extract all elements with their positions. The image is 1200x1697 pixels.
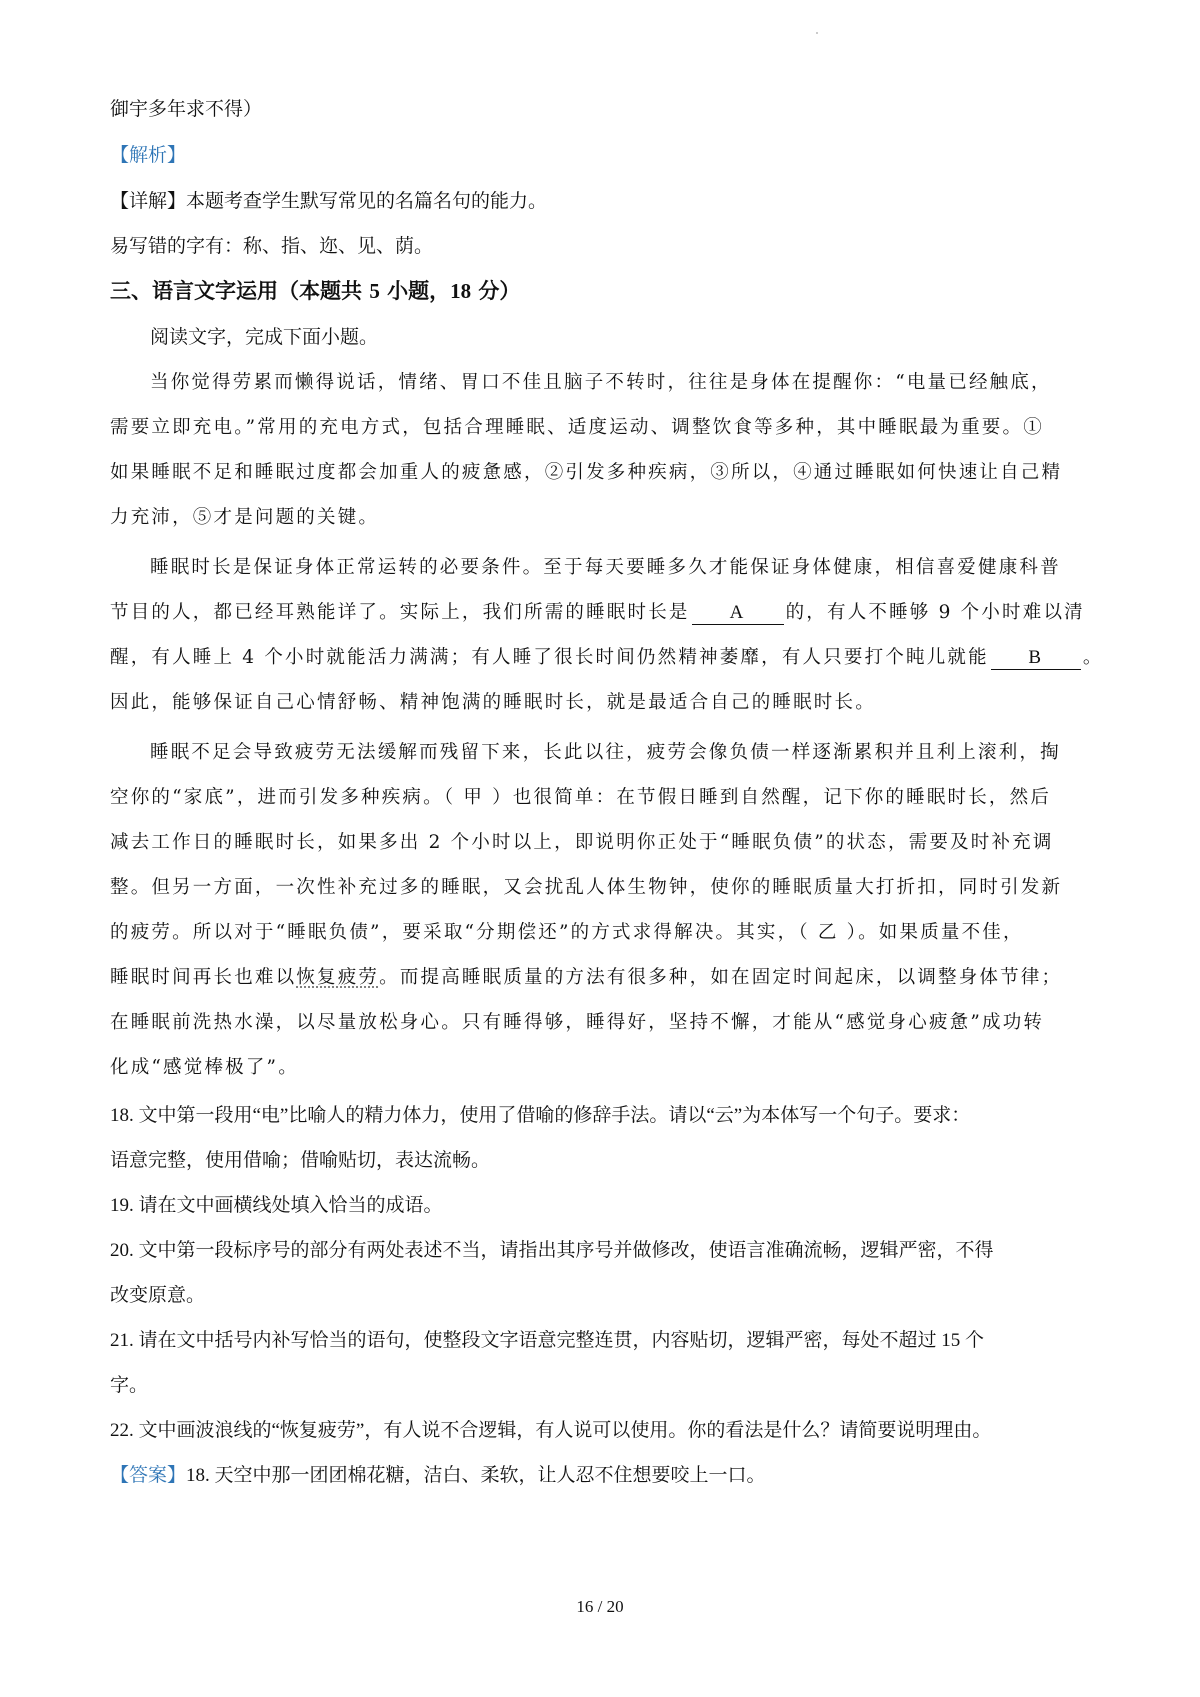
passage-p3-line2: 空你的“家底”，进而引发多种疾病。（ 甲 ）也很简单：在节假日睡到自然醒，记下你… <box>110 785 1051 811</box>
passage-p2-line2: 节目的人，都已经耳熟能详了。实际上，我们所需的睡眠时长是A的，有人不睡够 9 个… <box>110 600 1085 626</box>
passage-p2-line4: 因此，能够保证自己心情舒畅、精神饱满的睡眠时长，就是最适合自己的睡眠时长。 <box>110 690 876 716</box>
question-22: 22. 文中画波浪线的“恢复疲劳”，有人说不合逻辑，有人说可以使用。你的看法是什… <box>110 1418 991 1444</box>
question-18-line1: 18. 文中第一段用“电”比喻人的精力体力，使用了借喻的修辞手法。请以“云”为本… <box>110 1103 970 1129</box>
detail-text: 本题考查学生默写常见的名篇名句的能力。 <box>186 190 547 212</box>
page-number: 16 / 20 <box>0 1597 1200 1617</box>
blank-a: A <box>692 602 784 625</box>
previous-answer-tail: 御宇多年求不得） <box>110 96 262 122</box>
passage-p3-line4: 整。但另一方面，一次性补充过多的睡眠，又会扰乱人体生物钟，使你的睡眠质量大打折扣… <box>110 875 1062 901</box>
passage-p2-line3: 醒，有人睡上 4 个小时就能活力满满；有人睡了很长时间仍然精神萎靡，有人只要打个… <box>110 645 1104 671</box>
passage-p3-line8: 化成“感觉棒极了”。 <box>110 1055 299 1081</box>
passage-p3-line6: 睡眠时间再长也难以恢复疲劳。而提高睡眠质量的方法有很多种，如在固定时间起床，以调… <box>110 965 1062 991</box>
passage-p1-line2: 需要立即充电。”常用的充电方式，包括合理睡眠、适度运动、调整饮食等多种，其中睡眠… <box>110 415 1044 441</box>
passage-p3-line3: 减去工作日的睡眠时长，如果多出 2 个小时以上，即说明你正处于“睡眠负债”的状态… <box>110 830 1054 856</box>
answer-label: 【答案】 <box>110 1465 186 1486</box>
passage-p1-line1: 当你觉得劳累而懒得说话，情绪、胃口不佳且脑子不转时，往往是身体在提醒你：“电量已… <box>150 370 1052 396</box>
question-18-line2: 语意完整，使用借喻；借喻贴切，表达流畅。 <box>110 1148 490 1174</box>
wavy-underlined-phrase: 恢复疲劳 <box>296 967 379 988</box>
passage-p3-line5: 的疲劳。所以对于“睡眠负债”，要采取“分期偿还”的方式求得解决。其实，（ 乙 ）… <box>110 920 1024 946</box>
answer-line: 【答案】18. 天空中那一团团棉花糖，洁白、柔软，让人忍不住想要咬上一口。 <box>110 1463 766 1489</box>
detail-label: 【详解】 <box>110 190 186 212</box>
passage-p2-line1: 睡眠时长是保证身体正常运转的必要条件。至于每天要睡多久才能保证身体健康，相信喜爱… <box>150 555 1061 581</box>
error-prone-characters: 易写错的字有：称、指、迩、见、荫。 <box>110 233 433 259</box>
passage-p1-line3: 如果睡眠不足和睡眠过度都会加重人的疲惫感，②引发多种疾病，③所以，④通过睡眠如何… <box>110 460 1062 486</box>
analysis-label: 【解析】 <box>110 142 186 168</box>
passage-p3-line7: 在睡眠前洗热水澡，以尽量放松身心。只有睡得够，睡得好，坚持不懈，才能从“感觉身心… <box>110 1010 1044 1036</box>
question-21-line2: 字。 <box>110 1373 148 1399</box>
question-21-line1: 21. 请在文中括号内补写恰当的语句，使整段文字语意完整连贯，内容贴切，逻辑严密… <box>110 1328 984 1354</box>
passage-p3-line1: 睡眠不足会导致疲劳无法缓解而残留下来，长此以往，疲劳会像负债一样逐渐累积并且利上… <box>150 740 1061 766</box>
section-title: 三、语言文字运用（本题共 5 小题，18 分） <box>110 278 520 304</box>
scan-artifact-dot <box>816 32 818 34</box>
blank-b: B <box>991 647 1081 670</box>
question-19: 19. 请在文中画横线处填入恰当的成语。 <box>110 1193 443 1219</box>
analysis-detail: 【详解】本题考查学生默写常见的名篇名句的能力。 <box>110 188 547 214</box>
question-20-line2: 改变原意。 <box>110 1283 205 1309</box>
passage-p1-line4: 力充沛，⑤才是问题的关键。 <box>110 505 379 531</box>
document-page: 御宇多年求不得） 【解析】 【详解】本题考查学生默写常见的名篇名句的能力。 易写… <box>0 0 1200 1697</box>
answer-text: 18. 天空中那一团团棉花糖，洁白、柔软，让人忍不住想要咬上一口。 <box>186 1465 766 1486</box>
question-20-line1: 20. 文中第一段标序号的部分有两处表述不当，请指出其序号并做修改，使语言准确流… <box>110 1238 994 1264</box>
reading-instruction: 阅读文字，完成下面小题。 <box>150 324 378 350</box>
